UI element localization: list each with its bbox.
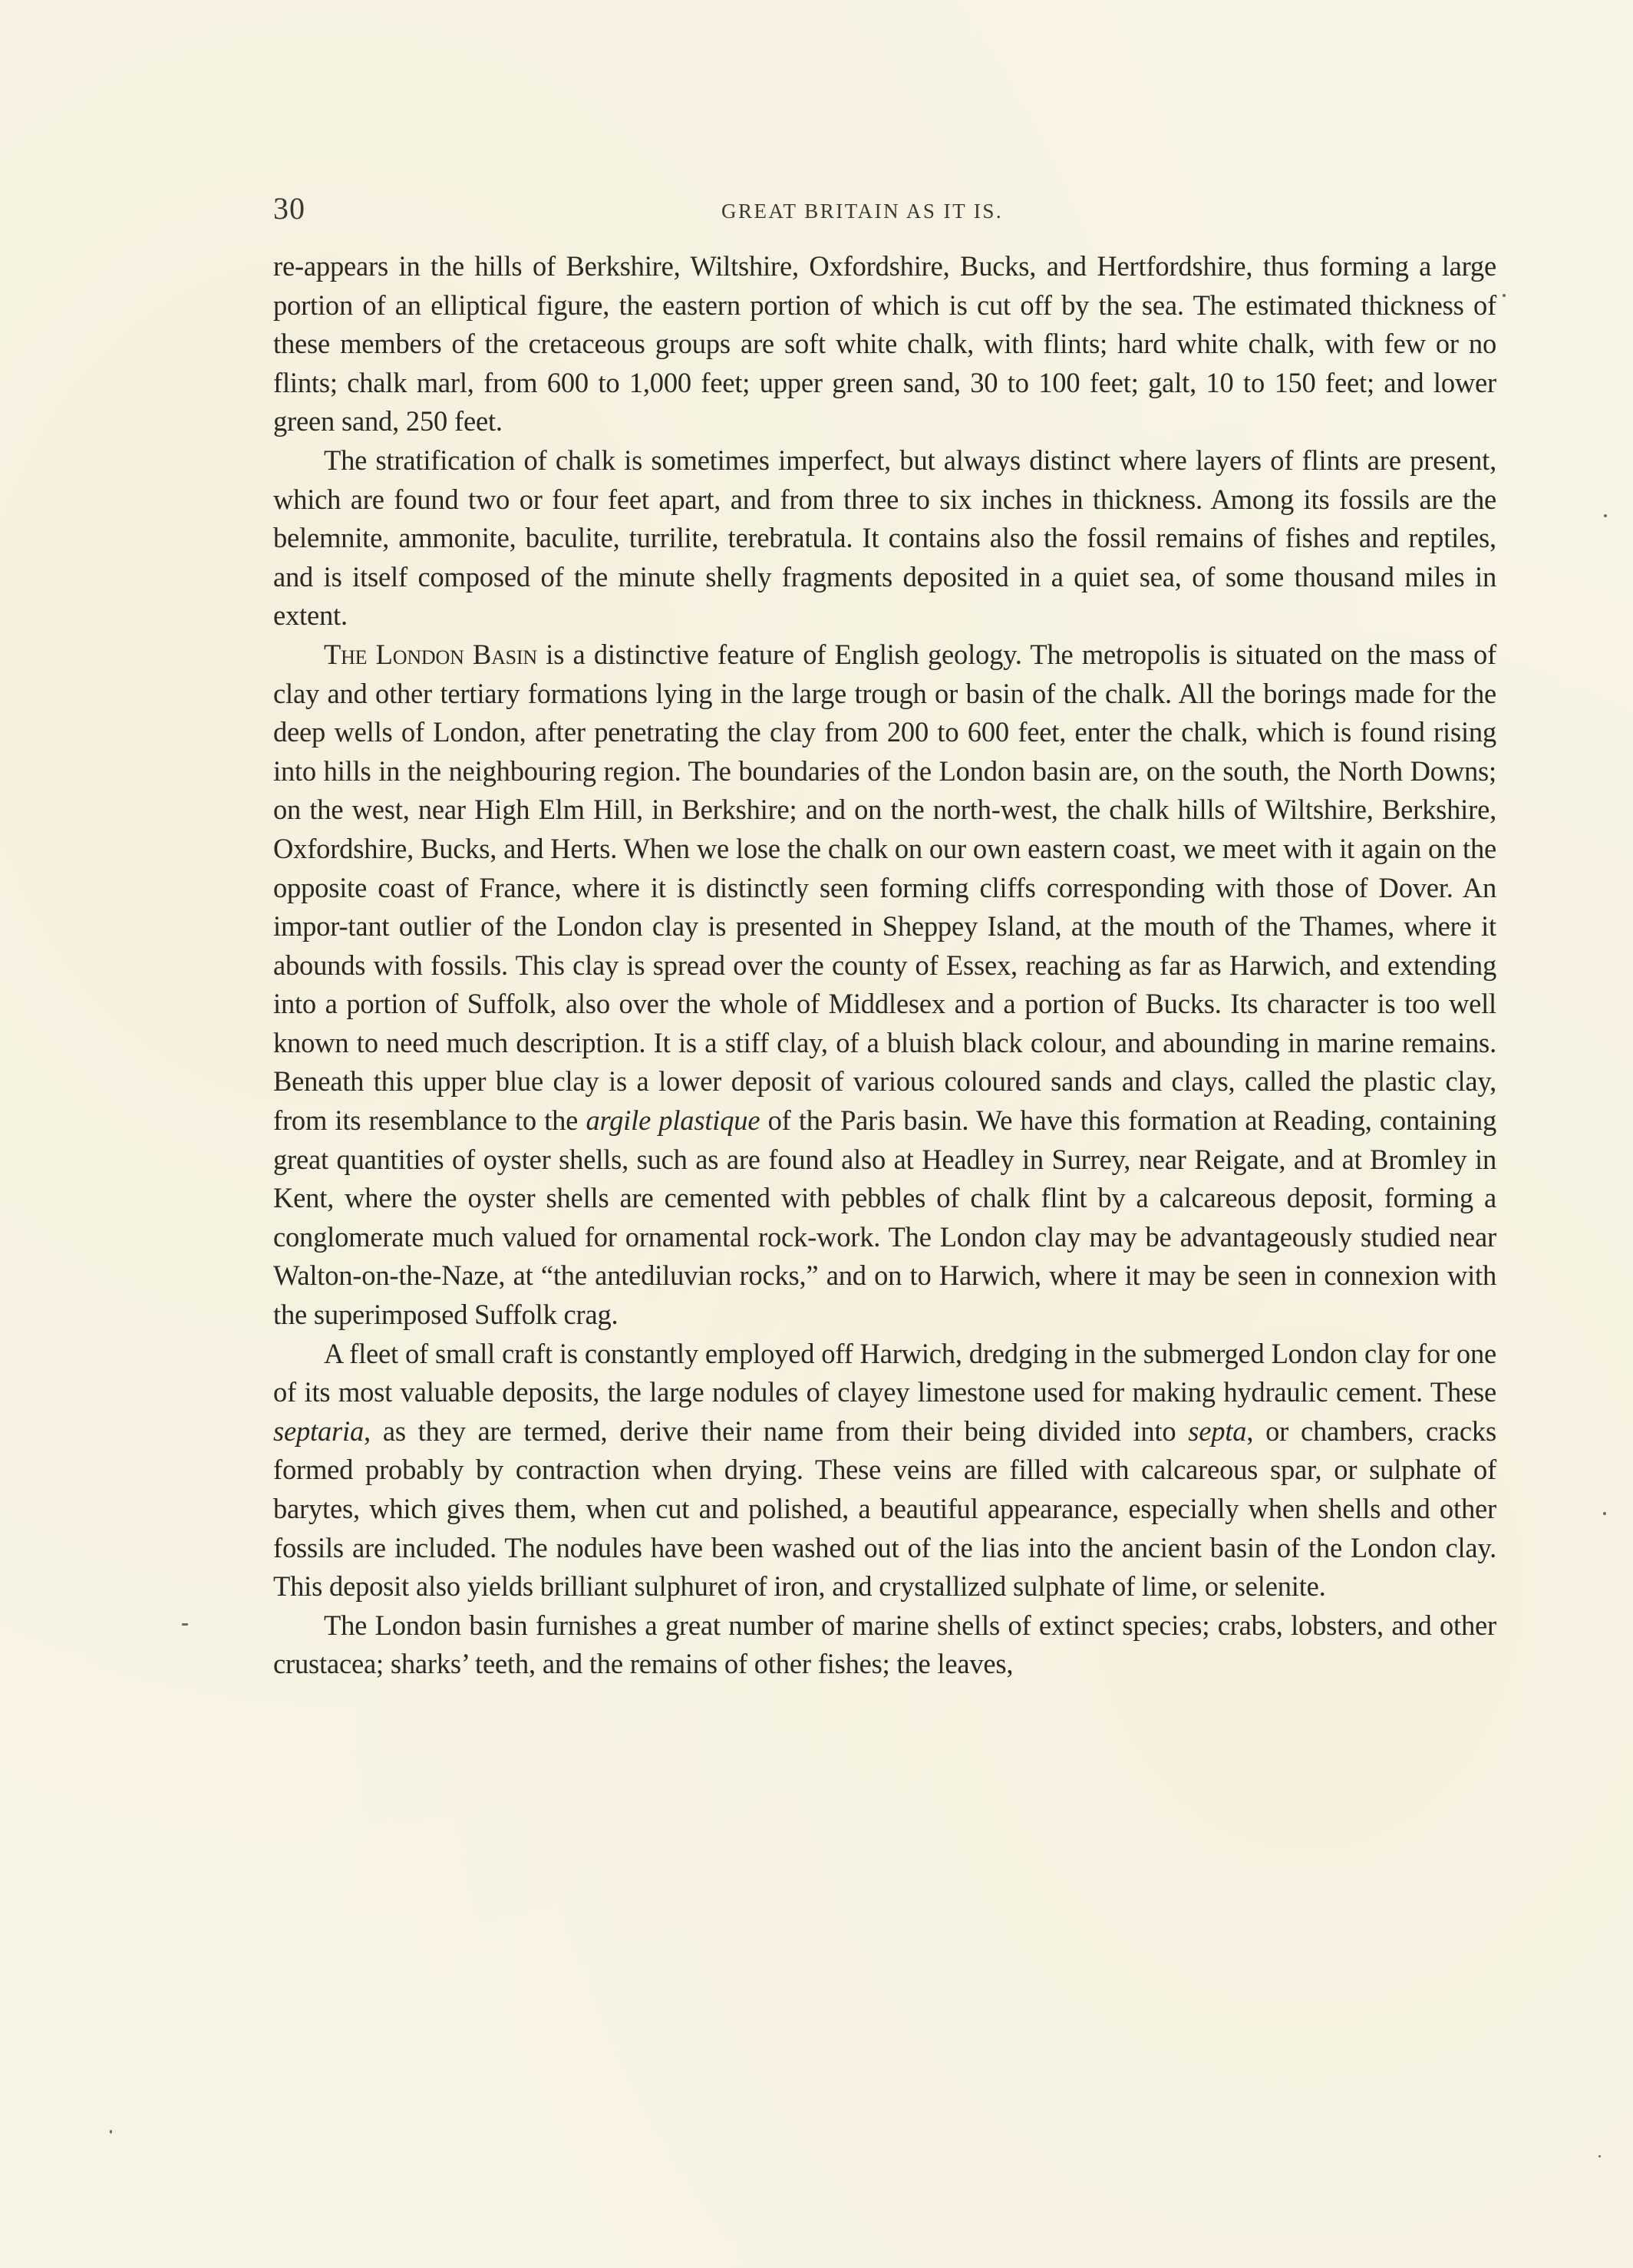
paragraph: A fleet of small craft is constantly emp… — [273, 1335, 1496, 1606]
italic-term: septa — [1188, 1415, 1246, 1447]
text-run: The London basin furnishes a great numbe… — [273, 1609, 1496, 1680]
speck — [110, 2130, 112, 2134]
running-head: 30 GREAT BRITAIN AS IT IS. — [273, 193, 1501, 239]
body-text: re-appears in the hills of Berkshire, Wi… — [273, 247, 1496, 1684]
speck — [1604, 514, 1607, 517]
italic-term: argile plastique — [586, 1104, 760, 1136]
paragraph: The London Basin is a distinctive featur… — [273, 636, 1496, 1335]
speck — [182, 1623, 188, 1626]
text-run: re-appears in the hills of Berkshire, Wi… — [273, 250, 1496, 437]
text-run: of the Paris basin. We have this formati… — [273, 1104, 1496, 1330]
speck — [1598, 2155, 1601, 2157]
text-run: A fleet of small craft is constantly emp… — [273, 1338, 1496, 1408]
speck — [1503, 294, 1506, 297]
paragraph: The London basin furnishes a great numbe… — [273, 1606, 1496, 1684]
text-run: The stratification of chalk is sometimes… — [273, 444, 1496, 631]
page-number: 30 — [273, 193, 305, 224]
paragraph: re-appears in the hills of Berkshire, Wi… — [273, 247, 1496, 441]
book-page: 30 GREAT BRITAIN AS IT IS. re-appears in… — [0, 0, 1633, 2268]
italic-term: septaria — [273, 1415, 364, 1447]
text-run: is a distinctive feature of English geol… — [273, 639, 1496, 1136]
paragraph: The stratification of chalk is sometimes… — [273, 441, 1496, 636]
text-run: , as they are termed, derive their name … — [364, 1415, 1188, 1447]
section-lead-smallcaps: The London Basin — [324, 639, 537, 670]
speck — [1603, 1512, 1606, 1515]
running-title: GREAT BRITAIN AS IT IS. — [721, 200, 1003, 223]
